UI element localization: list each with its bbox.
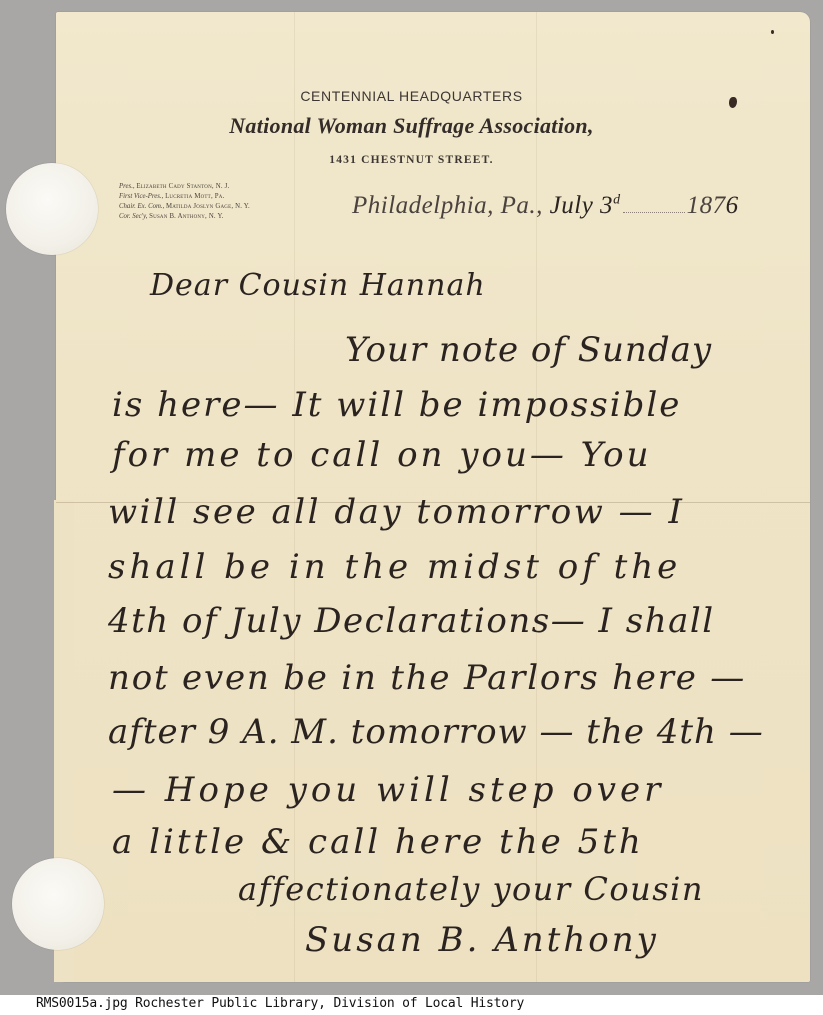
- letter-line: 4th of July Declarations— I shall: [108, 601, 715, 641]
- officers-list: Pres., Elizabeth Cady Stanton, N. J. Fir…: [119, 182, 250, 222]
- letter-line: not even be in the Parlors here —: [108, 658, 746, 698]
- officer-row: Chair. Ex. Com., Matilda Joslyn Gage, N.…: [119, 202, 250, 212]
- letter-line: after 9 A. M. tomorrow — the 4th —: [108, 712, 764, 752]
- dateline: Philadelphia, Pa., July 3d1876: [352, 192, 739, 220]
- ink-spot: [771, 30, 774, 34]
- letter-line: a little & call here the 5th: [112, 822, 644, 862]
- signature: Susan B. Anthony: [305, 920, 659, 960]
- letterhead-top-line: CENTENNIAL HEADQUARTERS: [0, 88, 823, 104]
- dateline-suffix: d: [613, 193, 621, 208]
- letter-line: — Hope you will step over: [112, 770, 664, 810]
- salutation: Dear Cousin Hannah: [150, 268, 486, 303]
- officer-row: First Vice-Pres., Lucretia Mott, Pa.: [119, 192, 250, 202]
- letterhead-address: 1431 CHESTNUT STREET.: [0, 154, 823, 166]
- letter-line: shall be in the midst of the: [108, 547, 681, 587]
- officer-row: Pres., Elizabeth Cady Stanton, N. J.: [119, 182, 250, 192]
- letter-line: for me to call on you— You: [112, 435, 652, 475]
- letter-line: is here— It will be impossible: [112, 385, 681, 425]
- letter-line: will see all day tomorrow — I: [108, 492, 684, 532]
- dateline-place: Philadelphia, Pa.,: [352, 192, 543, 219]
- closing: affectionately your Cousin: [238, 870, 704, 908]
- mounting-seal-bottom: [12, 858, 104, 950]
- letterhead-organization: National Woman Suffrage Association,: [0, 113, 823, 139]
- dateline-rule: [623, 212, 685, 213]
- image-caption: RMS0015a.jpg Rochester Public Library, D…: [36, 996, 524, 1011]
- dateline-month-day: July 3: [550, 192, 613, 219]
- dateline-year-digit: 6: [726, 192, 739, 219]
- letter-line: Your note of Sunday: [345, 330, 712, 370]
- dateline-year-prefix: 187: [687, 192, 726, 219]
- officer-row: Cor. Sec'y, Susan B. Anthony, N. Y.: [119, 212, 250, 222]
- mounting-seal-top: [6, 163, 98, 255]
